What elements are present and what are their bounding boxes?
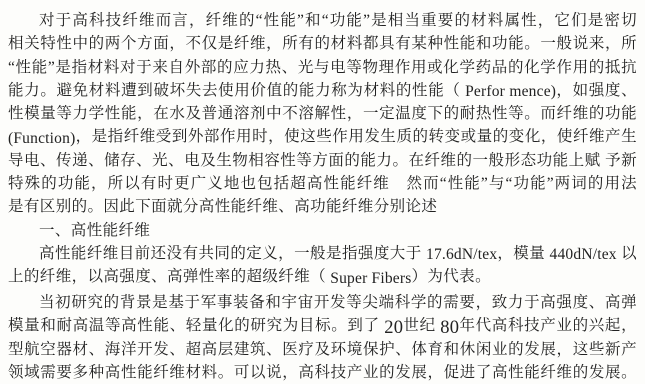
text-line: 对于高科技纤维而言，纤维的“性能”和“功能”是相当重要的材料属性，它们是密切	[8, 9, 637, 32]
text-line: 领域需要多种高性能纤维材料。可以说，高科技产业的发展，促进了高性能纤维的发展。	[8, 361, 637, 384]
text-line: 导电、传递、储存、光、电及生物相容性等方面的能力。在纤维的一般形态功能上赋 予新…	[8, 149, 637, 172]
text-line: 高性能纤维目前还没有共同的定义，一般是指强度大于 17.6dN/tex，模量 4…	[8, 242, 637, 265]
latin-text: 17.6dN/tex	[426, 246, 497, 263]
text-line: 相关特性中的两个方面，不仅是纤维，所有的材料都具有某种性能和功能。一般说来，所谓	[8, 32, 637, 55]
text-line: 当初研究的背景是基于军事装备和宇宙开发等尖端科学的需要，致力于高强度、高弹性	[8, 291, 637, 314]
latin-text: 440dN/tex	[550, 246, 617, 263]
text-line: 型航空器材、海洋开发、超高层建筑、医疗及环境保护、体育和休闲业的发展，这些新产业	[8, 338, 637, 361]
section-heading: 一、高性能纤维	[8, 219, 637, 242]
latin-text: 20	[384, 318, 403, 337]
latin-text: 80	[440, 318, 459, 337]
text-line: 上的纤维，以高强度、高弹性率的超级纤维（ Super Fibers）为代表。	[8, 265, 637, 288]
text-line: 能力。避免材料遭到破坏失去使用价值的能力称为材料的性能（ Perfor menc…	[8, 79, 637, 102]
latin-text: (Function)	[8, 130, 75, 147]
document-page: 对于高科技纤维而言，纤维的“性能”和“功能”是相当重要的材料属性，它们是密切 相…	[0, 0, 645, 384]
text-line: 特殊的功能，所以有时更广义地也包括超高性能纤维 然而“性能”与“功能”两词的用法	[8, 172, 637, 195]
latin-text: Super Fibers	[330, 270, 411, 287]
text-line: (Function)，是指纤维受到外部作用时，使这些作用发生质的转变或量的变化，…	[8, 125, 637, 148]
latin-text: Perfor mence)	[465, 83, 556, 100]
text-line: 性模量等力学性能，在水及普通溶剂中不溶解性，一定温度下的耐热性等。而纤维的功能	[8, 102, 637, 125]
text-line: 是有区别的。因此下面就分高性能纤维、高功能纤维分别论述	[8, 195, 637, 218]
text-line: 模量和耐高温等高性能、轻量化的研究为目标。到了 20世纪 80年代高科技产业的兴…	[8, 314, 637, 337]
text-line: “性能”是指材料对于来自外部的应力热、光与电等物理作用或化学药品的化学作用的抵抗	[8, 56, 637, 79]
